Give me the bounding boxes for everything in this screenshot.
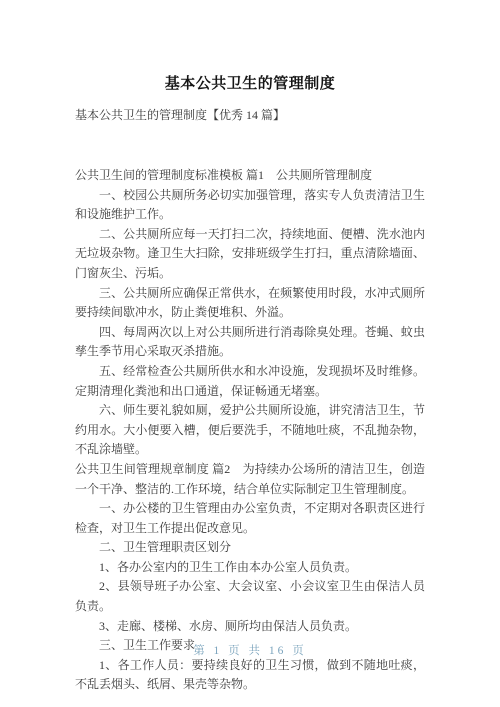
paragraph: 二、卫生管理职责区划分 (75, 538, 425, 558)
paragraph: 一、校园公共厕所务必切实加强管理，落实专人负责清洁卫生和设施维护工作。 (75, 186, 425, 225)
paragraph: 公共卫生间的管理制度标准模板 篇1 公共厕所管理制度 (75, 166, 425, 186)
paragraph-list: 公共卫生间的管理制度标准模板 篇1 公共厕所管理制度一、校园公共厕所务必切实加强… (75, 166, 425, 695)
page-number-indicator: 第 1 页 共 16 页 (0, 642, 500, 658)
paragraph: 2、县领导班子办公室、大会议室、小会议室卫生由保洁人员负责。 (75, 577, 425, 616)
paragraph: 六、师生要礼貌如厕，爱护公共厕所设施，讲究清洁卫生，节约用水。大小便要入槽，便后… (75, 401, 425, 460)
paragraph: 1、各工作人员：要持续良好的卫生习惯，做到不随地吐痰，不乱丢烟头、纸屑、果壳等杂… (75, 656, 425, 695)
paragraph: 二、公共厕所应每一天打扫二次，持续地面、便槽、洗水池内无垃圾杂物。逢卫生大扫除，… (75, 225, 425, 284)
paragraph: 一、办公楼的卫生管理由办公室负责，不定期对各职责区进行检查，对卫生工作提出促改意… (75, 499, 425, 538)
paragraph: 五、经常检查公共厕所供水和水冲设施，发现损坏及时维修。定期清理化粪池和出口通道，… (75, 362, 425, 401)
paragraph: 1、各办公室内的卫生工作由本办公室人员负责。 (75, 558, 425, 578)
document-subtitle: 基本公共卫生的管理制度【优秀 14 篇】 (75, 106, 425, 123)
page-title: 基本公共卫生的管理制度 (0, 0, 500, 93)
paragraph: 四、每周两次以上对公共厕所进行消毒除臭处理。苍蝇、蚊虫孳生季节用心采取灭杀措施。 (75, 323, 425, 362)
paragraph: 三、公共厕所应确保正常供水，在频繁使用时段，水冲式厕所要持续间歇冲水，防止粪便堆… (75, 284, 425, 323)
paragraph: 公共卫生间管理规章制度 篇2 为持续办公场所的清洁卫生，创造一个干净、整洁的.工… (75, 460, 425, 499)
document-page: 基本公共卫生的管理制度 基本公共卫生的管理制度【优秀 14 篇】 公共卫生间的管… (0, 0, 500, 707)
paragraph: 3、走廊、楼梯、水房、厕所均由保洁人员负责。 (75, 617, 425, 637)
